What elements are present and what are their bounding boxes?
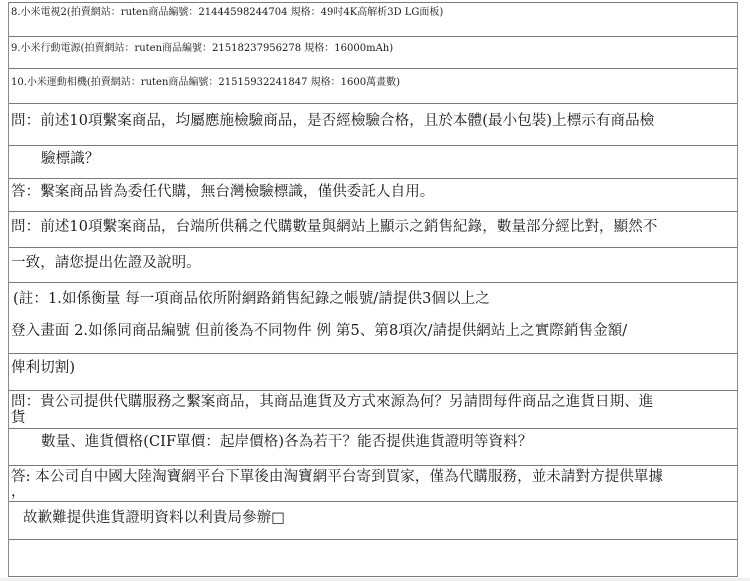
question-1-line-1: 問：前述10項繫案商品，均屬應施檢驗商品，是否經檢驗合格，且於本體(最小包裝)上… [11,114,654,130]
item-row-9: 9.小米行動電源(拍賣網站：ruten商品編號：21518237956278 規… [9,36,737,68]
answer-3-line-1-wrap: ， [11,485,26,501]
answer-3-cont-row: 故歉難提供進貨證明資料以利貴局參辦□ [9,501,737,539]
question-3-cont-row: 數量、進貨價格(CIF單價：起岸價格)各為若干？能否提供進貨證明等資料？ [9,428,737,465]
question-3-line-1: 問：貴公司提供代購服務之繫案商品，其商品進貨及方式來源為何？另請問每件商品之進貨… [11,395,653,411]
item-8-text: 8.小米電視2(拍賣網站：ruten商品編號：21444598244704 規格… [11,7,443,18]
empty-row [9,539,737,577]
note-cont-row: 俾利切割) [9,353,737,390]
question-2-row: 問：前述10項繫案商品，台端所供稱之代購數量與網站上顯示之銷售紀錄，數量部分經比… [9,211,737,247]
answer-1-row: 答：繫案商品皆為委任代購，無台灣檢驗標識，僅供委託人自用。 [9,178,737,211]
item-row-8: 8.小米電視2(拍賣網站：ruten商品編號：21444598244704 規格… [9,2,737,36]
question-3-line-1-wrap: 貨 [11,411,26,427]
question-2-line-2: 一致，請您提出佐證及說明。 [11,256,201,272]
question-2-cont-row: 一致，請您提出佐證及說明。 [9,247,737,282]
item-10-text: 10.小米運動相機(拍賣網站：ruten商品編號：21515932241847 … [11,77,400,88]
note-line-2: 登入畫面 2.如係同商品編號 但前後為不同物件 例 第5、第8項次/請提供網站上… [11,324,627,340]
note-row: (註：1.如係衡量 每一項商品依所附網路銷售紀錄之帳號/請提供3個以上之 登入畫… [9,282,737,353]
document-page: 8.小米電視2(拍賣網站：ruten商品編號：21444598244704 規格… [8,2,738,577]
item-row-10: 10.小米運動相機(拍賣網站：ruten商品編號：21515932241847 … [9,68,737,103]
note-line-3: 俾利切割) [11,361,75,377]
answer-3-line-2: 故歉難提供進貨證明資料以利貴局參辦□ [23,511,285,527]
question-1-line-2: 驗標識？ [41,152,99,168]
answer-1-line-1: 答：繫案商品皆為委任代購，無台灣檢驗標識，僅供委託人自用。 [11,185,434,201]
answer-3-row: 答: 本公司自中國大陸淘寶網平台下單後由淘寶網平台寄到買家，僅為代購服務，並未請… [9,465,737,501]
question-1-cont-row: 驗標識？ [9,145,737,178]
note-line-1: (註：1.如係衡量 每一項商品依所附網路銷售紀錄之帳號/請提供3個以上之 [13,292,490,308]
answer-3-line-1: 答: 本公司自中國大陸淘寶網平台下單後由淘寶網平台寄到買家，僅為代購服務，並未請… [11,470,663,486]
question-1-row: 問：前述10項繫案商品，均屬應施檢驗商品，是否經檢驗合格，且於本體(最小包裝)上… [9,103,737,145]
question-3-line-2: 數量、進貨價格(CIF單價：起岸價格)各為若干？能否提供進貨證明等資料？ [41,435,532,451]
item-9-text: 9.小米行動電源(拍賣網站：ruten商品編號：21518237956278 規… [11,43,393,54]
question-3-row: 問：貴公司提供代購服務之繫案商品，其商品進貨及方式來源為何？另請問每件商品之進貨… [9,390,737,428]
question-2-line-1: 問：前述10項繫案商品，台端所供稱之代購數量與網站上顯示之銷售紀錄，數量部分經比… [11,220,657,236]
